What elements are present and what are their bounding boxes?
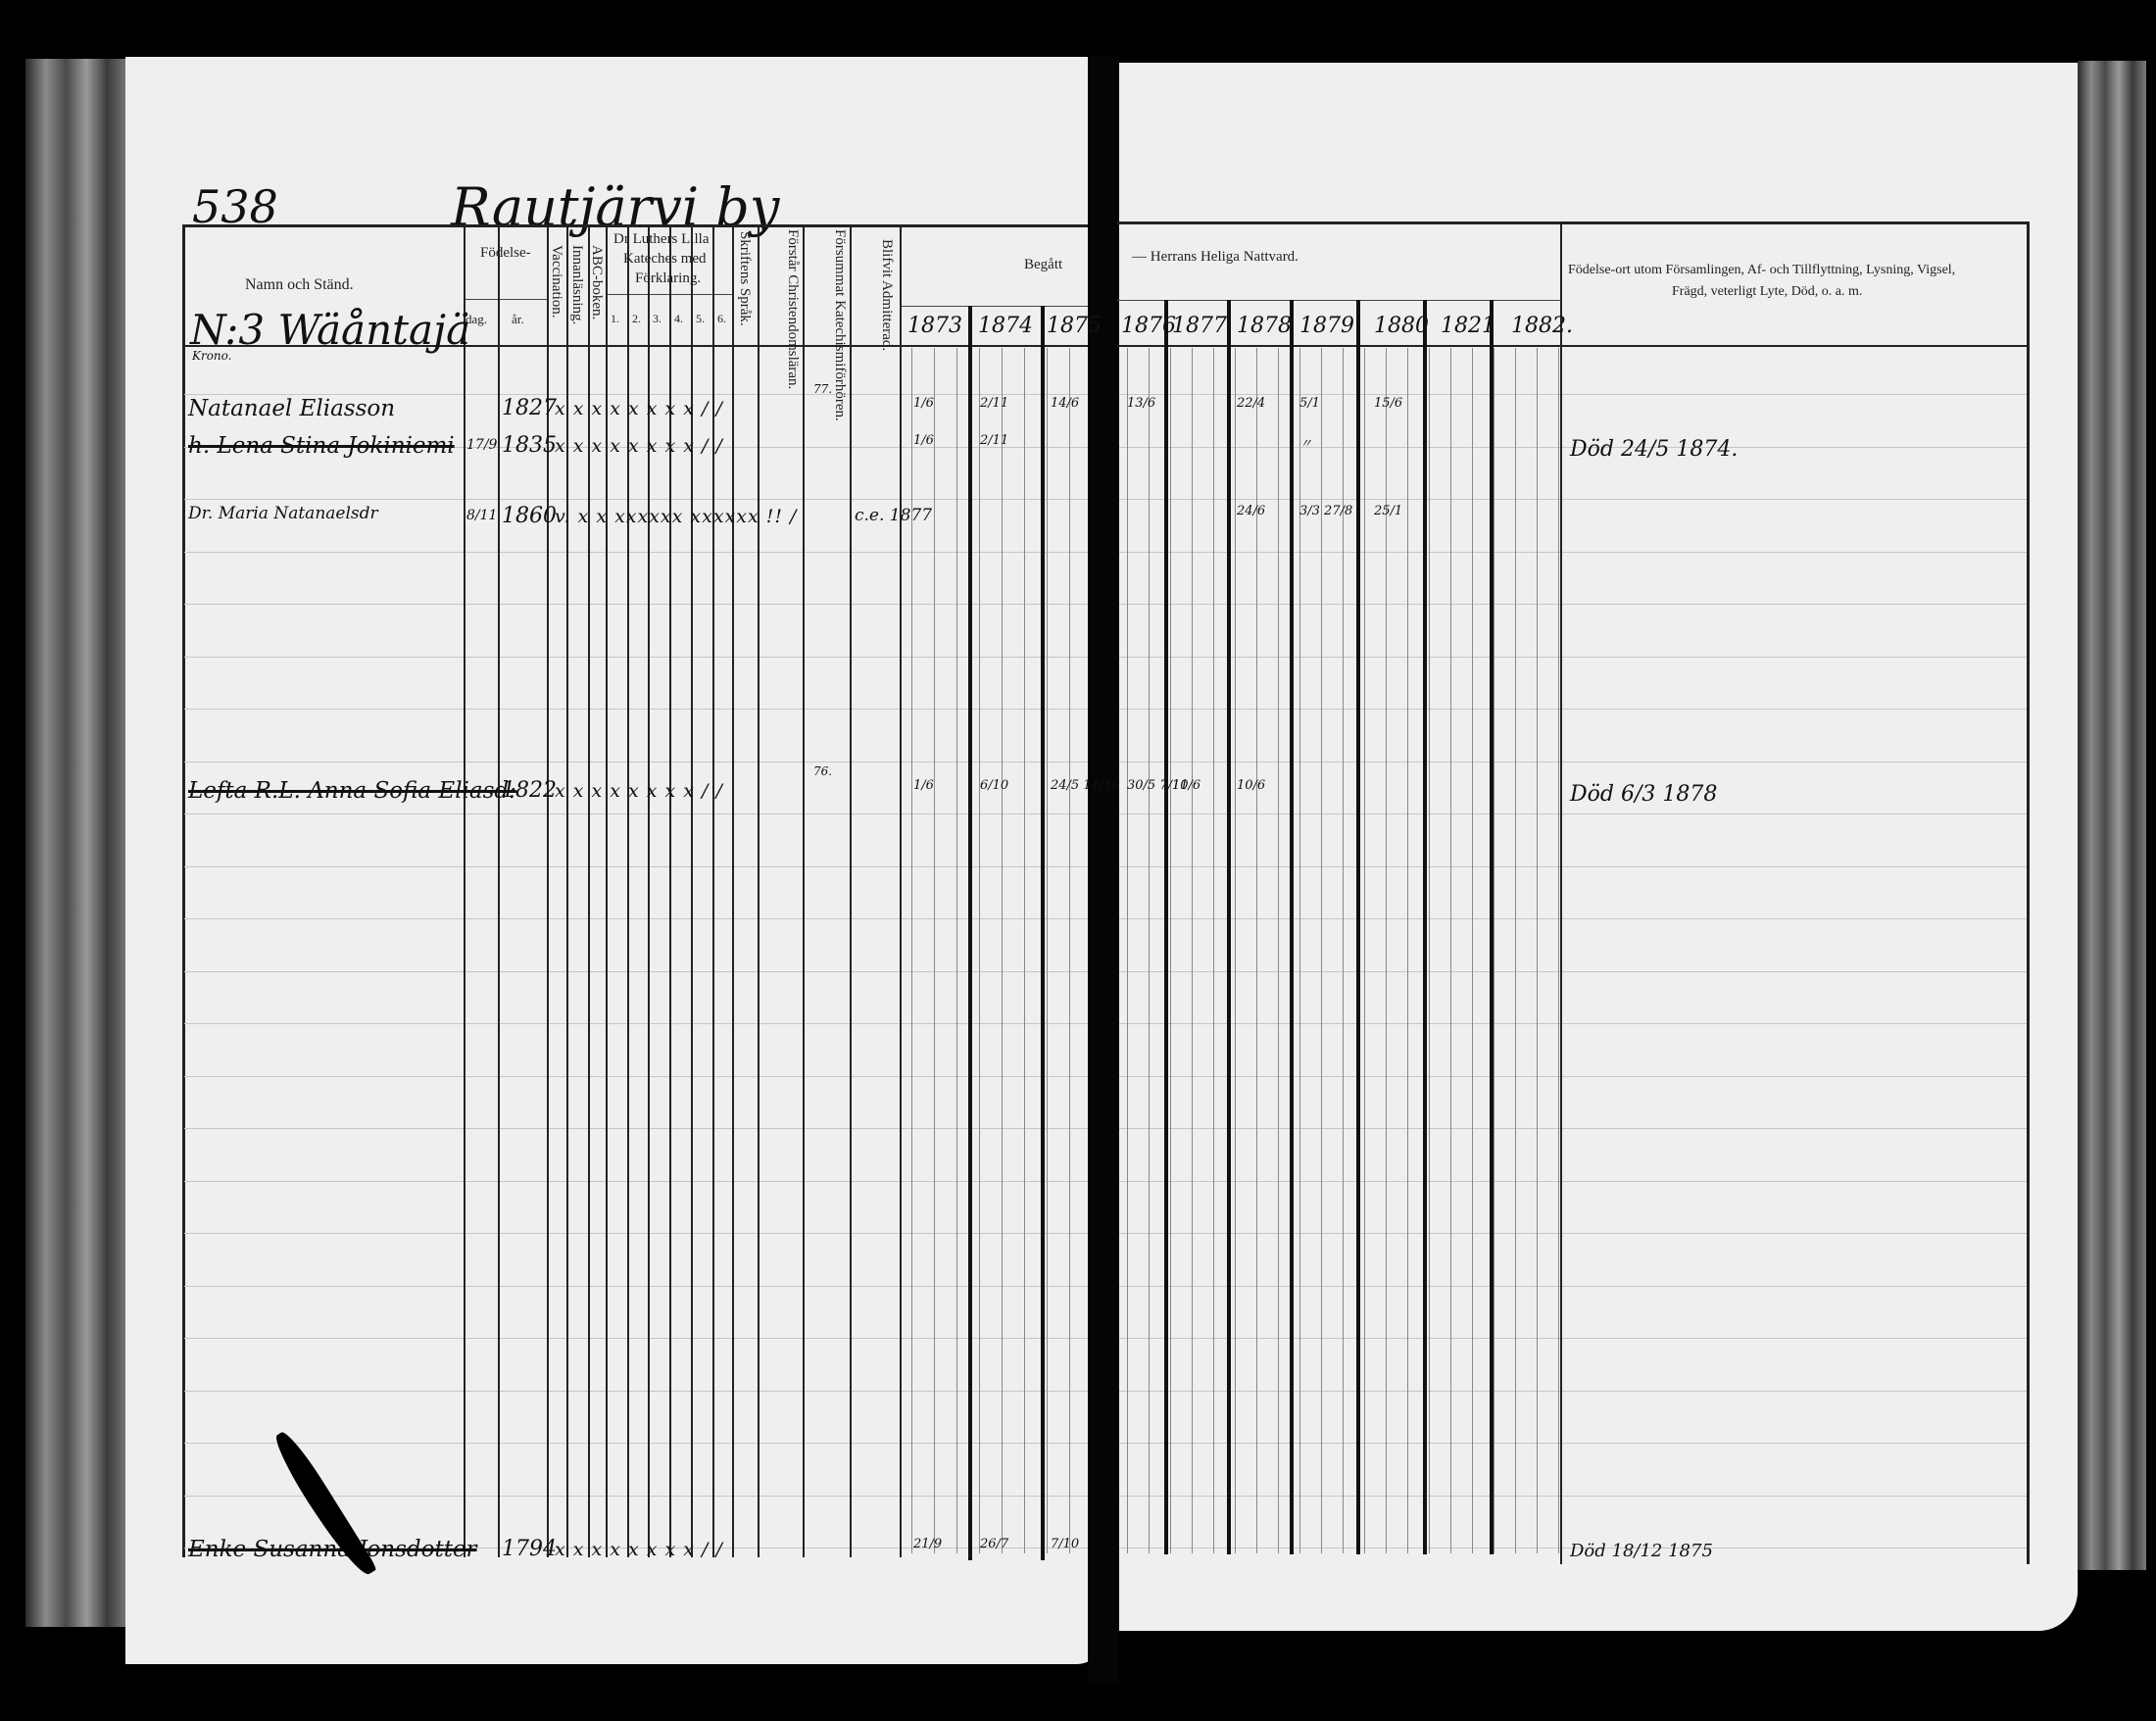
year-divider — [1041, 306, 1045, 1560]
ledger-rule-right — [1119, 1076, 2027, 1077]
year-label: 1876 — [1121, 314, 1176, 338]
header-catechism-part: 6. — [717, 312, 726, 326]
column-line — [547, 224, 549, 1557]
communion-date: 13/6 — [1127, 396, 1155, 411]
column-line — [850, 224, 852, 1557]
grid-line — [1450, 348, 1451, 1553]
header-birth-year: år. — [512, 312, 524, 327]
birth-day: 8/11 — [466, 508, 497, 523]
person-name: Dr. Maria Natanaelsdr — [188, 504, 378, 523]
ledger-rule-right — [1119, 552, 2027, 553]
ledger-rule-right — [1119, 499, 2027, 500]
ledger-rule-left — [184, 1233, 1088, 1234]
year-label: 1821 — [1441, 314, 1495, 338]
communion-date: 1/6 — [913, 433, 934, 448]
grid-line — [1364, 348, 1365, 1553]
column-line — [627, 224, 629, 1557]
ledger-rule-right — [1119, 866, 2027, 867]
year-subdivider-left — [900, 306, 1088, 307]
ledger-rule-left — [184, 552, 1088, 553]
grid-line — [1407, 348, 1408, 1553]
grid-line — [1002, 348, 1003, 1553]
grid-line — [979, 348, 980, 1553]
ledger-rule-left — [184, 1443, 1088, 1444]
birth-year: 1794 — [502, 1537, 557, 1561]
ledger-rule-left — [184, 971, 1088, 972]
right-header-bottom — [1117, 345, 2029, 347]
birth-year: 1822 — [502, 778, 557, 803]
column-line — [900, 224, 902, 1557]
grid-line — [1386, 348, 1387, 1553]
birth-year: 1835 — [502, 433, 557, 458]
grid-line — [1127, 348, 1128, 1553]
remarks-column-border — [1560, 221, 1562, 1564]
book-right-edge — [2078, 61, 2146, 1570]
book-left-edge — [25, 59, 127, 1627]
grid-line — [1472, 348, 1473, 1553]
year-label: 1874 — [978, 314, 1033, 338]
ledger-rule-left — [184, 866, 1088, 867]
right-page — [1117, 63, 2078, 1631]
column-line — [803, 224, 805, 1557]
ledger-rule-right — [1119, 1443, 2027, 1444]
communion-date: 15/6 — [1374, 396, 1402, 411]
ledger-rule-right — [1119, 971, 2027, 972]
grid-line — [1558, 348, 1559, 1553]
ledger-rule-left — [184, 813, 1088, 814]
ledger-rule-right — [1119, 1023, 2027, 1024]
ledger-rule-left — [184, 1023, 1088, 1024]
grid-line — [1256, 348, 1257, 1553]
communion-date: 7/10 — [1051, 1537, 1079, 1551]
grid-line — [1149, 348, 1150, 1553]
header-begatt: Begått — [1024, 257, 1062, 273]
ledger-rule-left — [184, 1181, 1088, 1182]
household-title: N:3 Wäåntajä — [190, 306, 470, 354]
grid-line — [1429, 348, 1430, 1553]
right-table-right-border — [2027, 221, 2030, 1564]
grid-line — [1192, 348, 1193, 1553]
column-line — [691, 224, 693, 1557]
remarks-value: Död 24/5 1874. — [1570, 437, 1738, 462]
year-divider — [1164, 300, 1168, 1554]
grid-line — [1235, 348, 1236, 1553]
ledger-rule-left — [184, 709, 1088, 710]
ledger-rule-right — [1119, 1286, 2027, 1287]
header-name: Namn och Ständ. — [245, 276, 354, 294]
column-line — [498, 224, 500, 1557]
ledger-rule-right — [1119, 813, 2027, 814]
communion-date: 14/6 — [1051, 396, 1079, 411]
ledger-rule-right — [1119, 1128, 2027, 1129]
ledger-rule-left — [184, 657, 1088, 658]
catechism-marks: x x x x x x x x / / — [555, 1539, 723, 1560]
communion-date: 10/6 — [1237, 778, 1265, 793]
header-nattvard: — Herrans Heliga Nattvard. — [1132, 249, 1298, 266]
ledger-rule-left — [184, 1076, 1088, 1077]
grid-line — [1024, 348, 1025, 1553]
year-divider — [1423, 300, 1427, 1554]
header-remarks-line2: Frägd, veterligt Lyte, Död, o. a. m. — [1672, 284, 1862, 300]
ledger-rule-right — [1119, 604, 2027, 605]
column-line — [606, 224, 608, 1557]
communion-date: 5/1 — [1299, 396, 1320, 411]
remarks-value: Död 18/12 1875 — [1570, 1541, 1713, 1561]
year-label: 1877 — [1172, 314, 1227, 338]
left-page — [125, 57, 1105, 1664]
ledger-rule-right — [1119, 1338, 2027, 1339]
header-catechism-line2: Kateches med — [623, 251, 707, 268]
grid-line — [1343, 348, 1344, 1553]
grid-line — [1278, 348, 1279, 1553]
admitterad-value: c.e. 1877 — [855, 506, 932, 525]
communion-date: 6/10 — [980, 778, 1008, 793]
book-spine — [1088, 57, 1119, 1684]
header-vaccination: Vaccination. — [549, 245, 563, 319]
header-skriftens: Skriftens Språk. — [737, 231, 752, 326]
catechism-marks: x x x x x x x x / / — [555, 398, 723, 419]
remarks-value: Död 6/3 1878 — [1570, 782, 1717, 807]
grid-line — [1213, 348, 1214, 1553]
year-divider — [1227, 300, 1231, 1554]
ledger-rule-left — [184, 604, 1088, 605]
grid-line — [956, 348, 957, 1553]
header-catechism-part: 3. — [653, 312, 661, 326]
birth-year: 1860 — [502, 504, 557, 528]
grid-line — [1069, 348, 1070, 1553]
year-divider — [1356, 300, 1360, 1554]
header-catechism-part: 1. — [611, 312, 619, 326]
grid-line — [1537, 348, 1538, 1553]
communion-date: 〃 — [1299, 433, 1312, 452]
grid-line — [1170, 348, 1171, 1553]
grid-line — [1494, 348, 1494, 1553]
year-label: 1875 — [1047, 314, 1102, 338]
communion-date: 24/6 — [1237, 504, 1265, 518]
year-label: 1882. — [1511, 314, 1573, 338]
ledger-rule-left — [184, 918, 1088, 919]
year-label: 1880 — [1374, 314, 1429, 338]
ledger-rule-left — [184, 1391, 1088, 1392]
communion-date: 26/7 — [980, 1537, 1008, 1551]
year-label: 1878 — [1237, 314, 1292, 338]
header-birth: Födelse- — [480, 245, 531, 262]
header-remarks-line1: Födelse-ort utom Församlingen, Af- och T… — [1568, 263, 1955, 278]
communion-date: 22/4 — [1237, 396, 1265, 411]
ledger-rule-right — [1119, 762, 2027, 762]
ledger-rule-left — [184, 1286, 1088, 1287]
ledger-rule-right — [1119, 1181, 2027, 1182]
header-abc: ABC-boken. — [589, 245, 604, 320]
communion-date: 11/6 — [1172, 778, 1200, 793]
ledger-rule-left — [184, 762, 1088, 762]
ledger-rule-right — [1119, 657, 2027, 658]
village-title: Rautjärvi by — [451, 176, 779, 238]
forsummat-value: 76. — [813, 764, 832, 778]
column-line — [758, 224, 759, 1557]
forsummat-value: 77. — [813, 382, 832, 396]
header-forstar: Förstår Christendomsläran. — [762, 229, 800, 389]
column-line — [732, 224, 734, 1557]
year-label: 1879 — [1299, 314, 1354, 338]
ledger-rule-right — [1119, 918, 2027, 919]
communion-date: 21/9 — [913, 1537, 942, 1551]
header-innanlasning: Innanläsning. — [569, 245, 584, 324]
left-table-left-border — [182, 224, 185, 1557]
catechism-marks: x x x x x x x x / / — [555, 435, 723, 457]
communion-date: 1/6 — [913, 778, 934, 793]
ledger-rule-right — [1119, 1496, 2027, 1497]
column-line — [648, 224, 650, 1557]
catechism-marks: x x x x x x x x / / — [555, 780, 723, 802]
year-divider — [1290, 300, 1294, 1554]
ledger-rule-left — [184, 499, 1088, 500]
person-name: h. Lena Stina Jokiniemi — [188, 433, 455, 459]
header-catechism-part: 5. — [696, 312, 705, 326]
communion-date: 2/11 — [980, 396, 1008, 411]
grid-line — [1321, 348, 1322, 1553]
birth-day: 17/9 — [466, 437, 497, 453]
left-table-top-border — [182, 224, 1088, 227]
ledger-rule-right — [1119, 1233, 2027, 1234]
ledger-rule-left — [184, 394, 1088, 395]
ledger-rule-left — [184, 1338, 1088, 1339]
communion-date: 24/5 11/10 — [1051, 778, 1120, 793]
header-admitterad: Blifvit Admitterad. — [858, 239, 894, 351]
person-name: Enke Susanna Jonsdotter — [188, 1537, 477, 1562]
communion-date: 2/11 — [980, 433, 1008, 448]
column-line — [588, 224, 590, 1557]
right-table-top-border — [1117, 221, 2029, 224]
birth-year: 1827 — [502, 396, 557, 420]
ledger-rule-right — [1119, 394, 2027, 395]
ledger-rule-left — [184, 1128, 1088, 1129]
column-line — [712, 224, 714, 1557]
header-catechism-part: 4. — [674, 312, 683, 326]
grid-line — [934, 348, 935, 1553]
grid-line — [1047, 348, 1048, 1553]
column-line — [464, 224, 465, 1557]
year-subdivider-right — [1117, 300, 1560, 301]
column-line — [566, 224, 568, 1557]
household-note: Krono. — [192, 349, 231, 363]
communion-date: 1/6 — [913, 396, 934, 411]
person-name: Lefta R.L. Anna Sofia Eliasd: — [188, 778, 516, 804]
grid-line — [1515, 348, 1516, 1553]
column-line — [669, 224, 671, 1557]
grid-line — [911, 348, 912, 1553]
catechism-marks: v. x x xxxxxx xxxxxx !! / — [555, 506, 797, 527]
communion-date: 25/1 — [1374, 504, 1402, 518]
grid-line — [1299, 348, 1300, 1553]
communion-date: 3/3 27/8 — [1299, 504, 1352, 518]
header-catechism-part: 2. — [632, 312, 641, 326]
year-label: 1873 — [907, 314, 962, 338]
year-divider — [968, 306, 972, 1560]
person-name: Natanael Eliasson — [188, 396, 395, 421]
ledger-rule-right — [1119, 709, 2027, 710]
birth-subdivider — [464, 299, 547, 300]
ledger-rule-right — [1119, 1391, 2027, 1392]
